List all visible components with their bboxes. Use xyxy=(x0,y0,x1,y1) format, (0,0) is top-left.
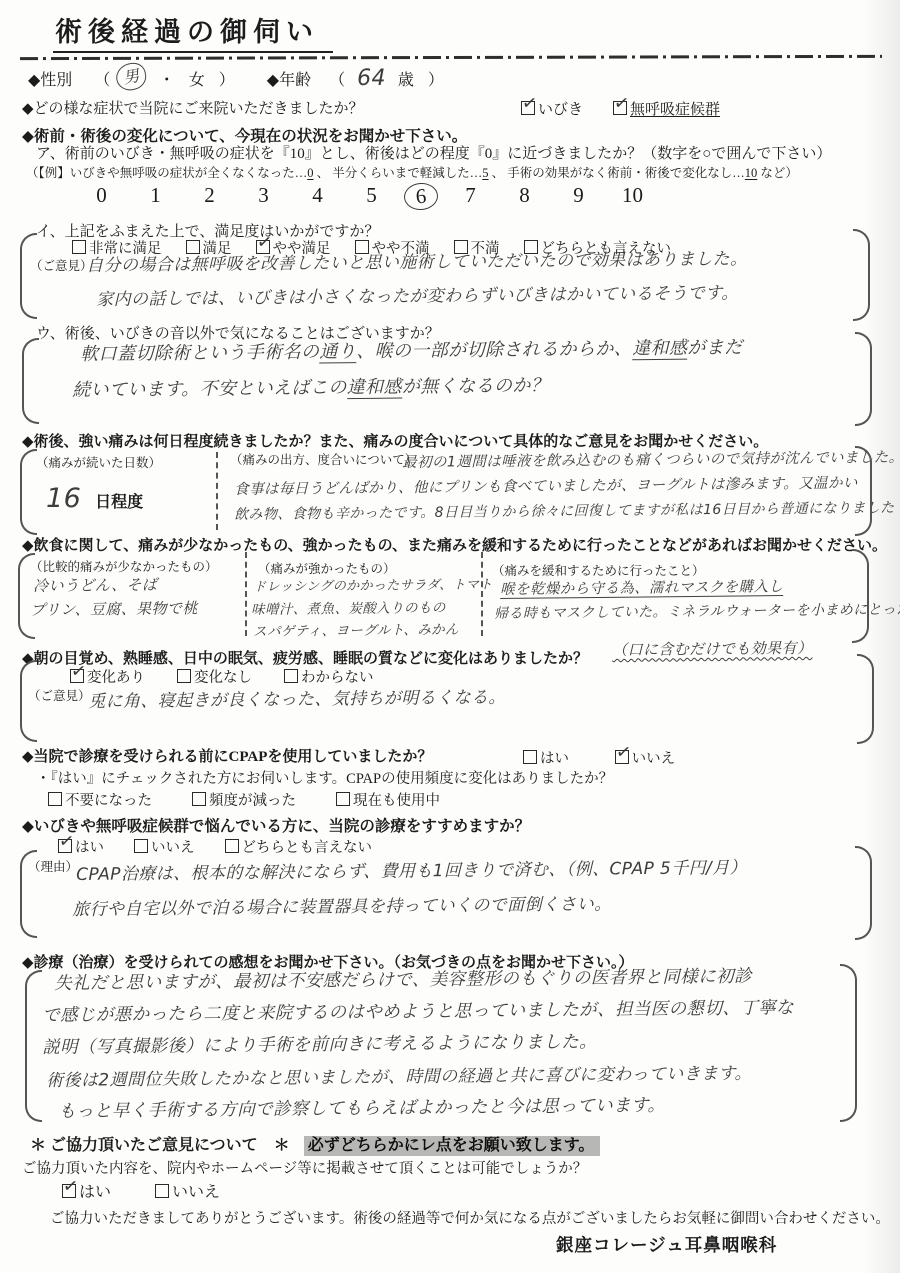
checkbox-recommend-yes[interactable]: はい xyxy=(58,836,104,857)
checkbox-box xyxy=(225,839,239,853)
scale-2[interactable]: 2 xyxy=(188,183,231,210)
profile-row: ◆性別 （ 男 ・ 女 ） ◆年齢 （ 64 歳 ） xyxy=(28,66,444,93)
handwritten-opinion-line: 兎に角、寝起きが良くなった、気持ちが明るくなる。 xyxy=(88,683,506,712)
checkbox-cpap-no[interactable]: いいえ xyxy=(615,747,676,768)
checkbox-box xyxy=(58,839,72,853)
checkbox-box xyxy=(70,669,84,683)
opinion-label: （ご意見） xyxy=(30,256,93,274)
checkbox-recommend-no[interactable]: いいえ xyxy=(134,836,195,857)
checkbox-changed[interactable]: 変化あり xyxy=(70,666,145,687)
handwritten-reason-line: CPAP治療は、根本的な解決にならず、費用も1回きりで済む、（例、CPAP 5千… xyxy=(76,853,747,885)
handwritten-impression-line: で感じが悪かったら二度と来院するのはやめようと思っていましたが、担当医の懇切、丁… xyxy=(42,994,794,1027)
paren-right xyxy=(855,332,872,426)
checkbox-box xyxy=(48,792,62,806)
column-divider xyxy=(245,552,247,636)
footer-note-prefix: ＊ ご協力頂いたご意見について ＊ xyxy=(30,1137,290,1154)
age-label: ◆年齢 xyxy=(267,72,311,89)
footer-note: ＊ ご協力頂いたご意見について ＊ 必ずどちらかにレ点をお願い致します。 xyxy=(30,1132,600,1155)
scale-0[interactable]: 0 xyxy=(80,183,123,210)
scale-8[interactable]: 8 xyxy=(503,183,546,210)
scale-7[interactable]: 7 xyxy=(449,183,492,210)
checkbox-still-using[interactable]: 現在も使用中 xyxy=(336,789,440,810)
checkbox-apnea-syndrome[interactable]: 無呼吸症候群 xyxy=(613,98,720,119)
checkbox-box xyxy=(134,839,148,853)
handwritten-impression-line: 術後は2週間位失敗したかなと思いましたが、時間の経過と共に喜びに変わっていきます… xyxy=(46,1059,752,1091)
checkbox-box xyxy=(615,750,629,764)
gender-label: ◆性別 xyxy=(28,72,72,89)
handwritten-food-line: プリン、豆腐、果物で桃 xyxy=(30,597,198,620)
checkbox-label: はい xyxy=(75,836,104,857)
paren-right xyxy=(855,846,872,940)
checkbox-box xyxy=(284,669,298,683)
column-divider xyxy=(216,452,218,530)
food-col1-label: （比較的痛みが少なかったもの） xyxy=(30,557,218,575)
paren-right xyxy=(852,549,869,643)
checkbox-label: いびき xyxy=(538,98,583,119)
scale-6-circled[interactable]: 6 xyxy=(403,182,439,211)
paren-left xyxy=(18,553,35,639)
handwritten-food-line: スパゲティ、ヨーグルト、みかん xyxy=(253,618,459,640)
checkbox-box xyxy=(336,792,350,806)
question-a-example: （【例】いびきや無呼吸の症状が全くなくなった…0 、 半分くらいまで軽減した…5… xyxy=(26,163,798,181)
checkbox-label: どちらとも言えない xyxy=(242,836,373,857)
checkbox-no-longer-needed[interactable]: 不要になった xyxy=(48,789,152,810)
scale-3[interactable]: 3 xyxy=(242,183,285,210)
page-title: 術後経過の御伺い xyxy=(53,10,333,49)
paren-left xyxy=(20,850,37,938)
checkbox-box xyxy=(523,750,537,764)
age-value[interactable]: 64 xyxy=(357,66,386,91)
checkbox-label: いいえ xyxy=(151,836,195,857)
recommend-question: ◆いびきや無呼吸症候群で悩んでいる方に、当院の診療をすすめますか？ xyxy=(22,814,530,836)
checkbox-box xyxy=(613,101,627,115)
checkbox-no-change[interactable]: 変化なし xyxy=(177,666,252,687)
scanned-questionnaire-page: 術後経過の御伺い ◆性別 （ 男 ・ 女 ） ◆年齢 （ 64 歳 ） ◆どの様… xyxy=(0,0,900,1273)
opinion-label: （ご意見） xyxy=(28,686,91,704)
paren-left xyxy=(20,449,37,535)
thanks-message: ご協力いただきましてありがとうございます。術後の経過等で何か気になる点がございま… xyxy=(50,1207,890,1228)
column-divider xyxy=(481,552,483,636)
checkbox-publish-yes[interactable]: はい xyxy=(62,1179,111,1202)
checkbox-box xyxy=(72,240,86,254)
footer-note-highlight: 必ずどちらかにレ点をお願い致します。 xyxy=(304,1136,601,1156)
checkbox-box xyxy=(62,1184,76,1198)
clinic-name: 銀座コレージュ耳鼻咽喉科 xyxy=(556,1232,777,1257)
checkbox-label: はい xyxy=(540,747,569,768)
paren-right xyxy=(855,446,872,536)
checkbox-frequency-reduced[interactable]: 頻度が減った xyxy=(192,789,296,810)
gender-male-circled[interactable]: 男 xyxy=(114,61,149,93)
pain-days-value-row: 16 日程度 xyxy=(46,483,143,514)
dash-dot-divider xyxy=(20,55,882,60)
paren-left xyxy=(20,660,37,742)
scale-1[interactable]: 1 xyxy=(134,183,177,210)
handwritten-answer-line: 続いています。不安といえばこの違和感が無くなるのか？ xyxy=(72,371,549,402)
paren-right xyxy=(853,229,870,321)
handwritten-pain-line: 飲み物、食物も辛かったです。8日目当りから徐々に回復してますが私は16日目から普… xyxy=(234,497,895,524)
checkbox-snoring[interactable]: いびき xyxy=(521,98,583,119)
publish-question: ご協力頂いた内容を、院内やホームページ等に掲載させて頂くことは可能でしょうか？ xyxy=(22,1157,587,1178)
paren-left xyxy=(20,233,37,319)
symptom-question: ◆どの様な症状で当院にご来院いただきましたか？ xyxy=(22,97,364,118)
scale-9[interactable]: 9 xyxy=(557,183,600,210)
handwritten-food-line: 帰る時もマスクしていた。ミネラルウォーターを小まめにとった。 xyxy=(494,598,900,623)
cpap-question-2: ・『はい』にチェックされた方にお伺いします。CPAPの使用頻度に変化はありました… xyxy=(36,767,613,788)
checkbox-label: いいえ xyxy=(632,747,676,768)
handwritten-note: （口に含むだけでも効果有） xyxy=(612,637,812,660)
paren-left xyxy=(22,338,39,424)
checkbox-cpap-yes[interactable]: はい xyxy=(523,747,569,768)
scale-5[interactable]: 5 xyxy=(350,183,393,210)
morning-section-heading: ◆朝の目覚め、熟睡感、日中の眠気、疲労感、睡眠の質などに変化はありましたか？ xyxy=(22,647,588,668)
paren-right xyxy=(840,964,857,1122)
checkbox-label: いいえ xyxy=(172,1179,220,1202)
cpap-question-1: ◆当院で診療を受けられる前にCPAPを使用していましたか？ xyxy=(22,745,432,766)
publish-options: はい いいえ xyxy=(62,1179,220,1202)
checkbox-label: 変化あり xyxy=(87,666,145,687)
scale-10[interactable]: 10 xyxy=(611,183,654,210)
handwritten-opinion-line: 家内の話しでは、いびきは小さくなったが変わらずいびきはかいているそうです。 xyxy=(96,278,739,310)
handwritten-impression-line: もっと早く手術する方向で診察してもらえばよかったと今は思っています。 xyxy=(58,1092,665,1123)
handwritten-answer-line: 軟口蓋切除術という手術名の通り、喉の一部が切除されるからか、違和感がまだ xyxy=(80,333,743,366)
checkbox-recommend-neither[interactable]: どちらとも言えない xyxy=(225,836,373,857)
checkbox-label: 変化なし xyxy=(194,666,252,687)
checkbox-publish-no[interactable]: いいえ xyxy=(155,1179,220,1202)
handwritten-impression-line: 説明（写真撮影後）により手術を前向きに考えるようになりました。 xyxy=(42,1028,597,1059)
handwritten-food-line: 喉を乾燥から守る為、濡れマスクを購入し xyxy=(500,575,783,599)
scale-4[interactable]: 4 xyxy=(296,183,339,210)
checkbox-box xyxy=(155,1184,169,1198)
handwritten-pain-line: 食事は毎日うどんばかり、他にプリンも食べていましたが、ヨーグルトは滲みます。又温… xyxy=(234,471,858,499)
recommend-options: はい いいえ どちらとも言えない xyxy=(58,836,372,857)
paren-right xyxy=(857,654,874,744)
checkbox-label: 頻度が減った xyxy=(209,789,296,810)
age-unit: 歳 xyxy=(398,72,414,89)
pain-days-label: （痛みが続いた日数） xyxy=(36,453,161,471)
checkbox-label: はい xyxy=(79,1179,111,1202)
checkbox-box xyxy=(177,669,191,683)
checkbox-box xyxy=(192,792,206,806)
severity-scale: 0 1 2 3 4 5 6 7 8 9 10 xyxy=(80,183,654,210)
handwritten-food-line: 味噌汁、煮魚、炭酸入りのもの xyxy=(251,596,446,618)
cpap-frequency-options: 不要になった 頻度が減った 現在も使用中 xyxy=(48,789,440,810)
pain-days-value[interactable]: 16 xyxy=(46,483,81,514)
handwritten-food-line: 冷いうどん、そば xyxy=(33,574,157,596)
pain-detail-label: （痛みの出方、度合いについて） xyxy=(230,450,417,468)
gender-female[interactable]: 女 xyxy=(189,72,205,89)
checkbox-box xyxy=(521,101,535,115)
handwritten-pain-line: 最初の1週間は唾液を飲み込むのも痛くつらいので気持が沈んでいました。 xyxy=(402,446,900,472)
checkbox-label: 現在も使用中 xyxy=(353,789,440,810)
handwritten-food-line: ドレッシングのかかったサラダ、トマト xyxy=(253,573,493,595)
checkbox-label: 無呼吸症候群 xyxy=(630,98,720,119)
food-section-heading: ◆飲食に関して、痛みが少なかったもの、強かったもの、また痛みを緩和するために行っ… xyxy=(22,534,887,555)
question-a-label: ア、術前のいびき・無呼吸の症状を『10』とし、術後はどの程度『0』に近づきました… xyxy=(36,142,831,163)
handwritten-reason-line: 旅行や自宅以外で泊る場合に装置器具を持っていくので面倒くさい。 xyxy=(72,889,612,920)
pain-days-unit: 日程度 xyxy=(95,494,143,511)
checkbox-label: 不要になった xyxy=(65,789,152,810)
paren-left xyxy=(25,970,42,1122)
